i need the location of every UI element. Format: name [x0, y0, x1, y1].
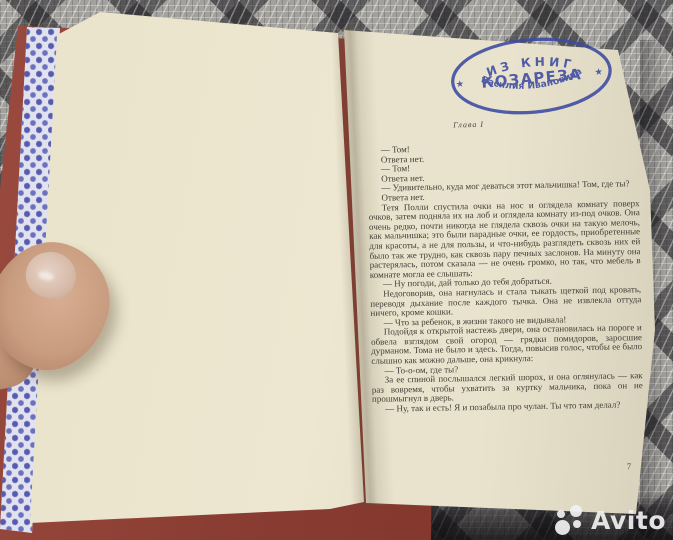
paragraph: Подойдя к открытой настежь двери, она ос…: [371, 323, 643, 366]
stamp-star-left-icon: ★: [455, 79, 464, 91]
paragraph: — Ну, так и есть! Я и позабыла про чулан…: [372, 400, 643, 414]
page-number: 7: [627, 461, 632, 471]
avito-logo-icon: [555, 505, 586, 536]
chapter-heading: Глава I: [453, 120, 484, 130]
page-content: ИЗ КНИГ КОЗАРЕЗА Василия Ивановича ★ ★ Г…: [364, 33, 646, 512]
photo-open-book: ИЗ КНИГ КОЗАРЕЗА Василия Ивановича ★ ★ Г…: [0, 0, 673, 540]
stamp-star-right-icon: ★: [594, 66, 603, 78]
body-text: — Том! Ответа нет. — Том! Ответа нет. — …: [368, 141, 644, 414]
exlibris-stamp: ИЗ КНИГ КОЗАРЕЗА Василия Ивановича ★ ★: [444, 30, 618, 122]
avito-watermark: Avito: [555, 505, 666, 536]
avito-brand-text: Avito: [591, 506, 666, 535]
paragraph: Тетя Полли спустила очки на нос и огляде…: [369, 199, 641, 280]
